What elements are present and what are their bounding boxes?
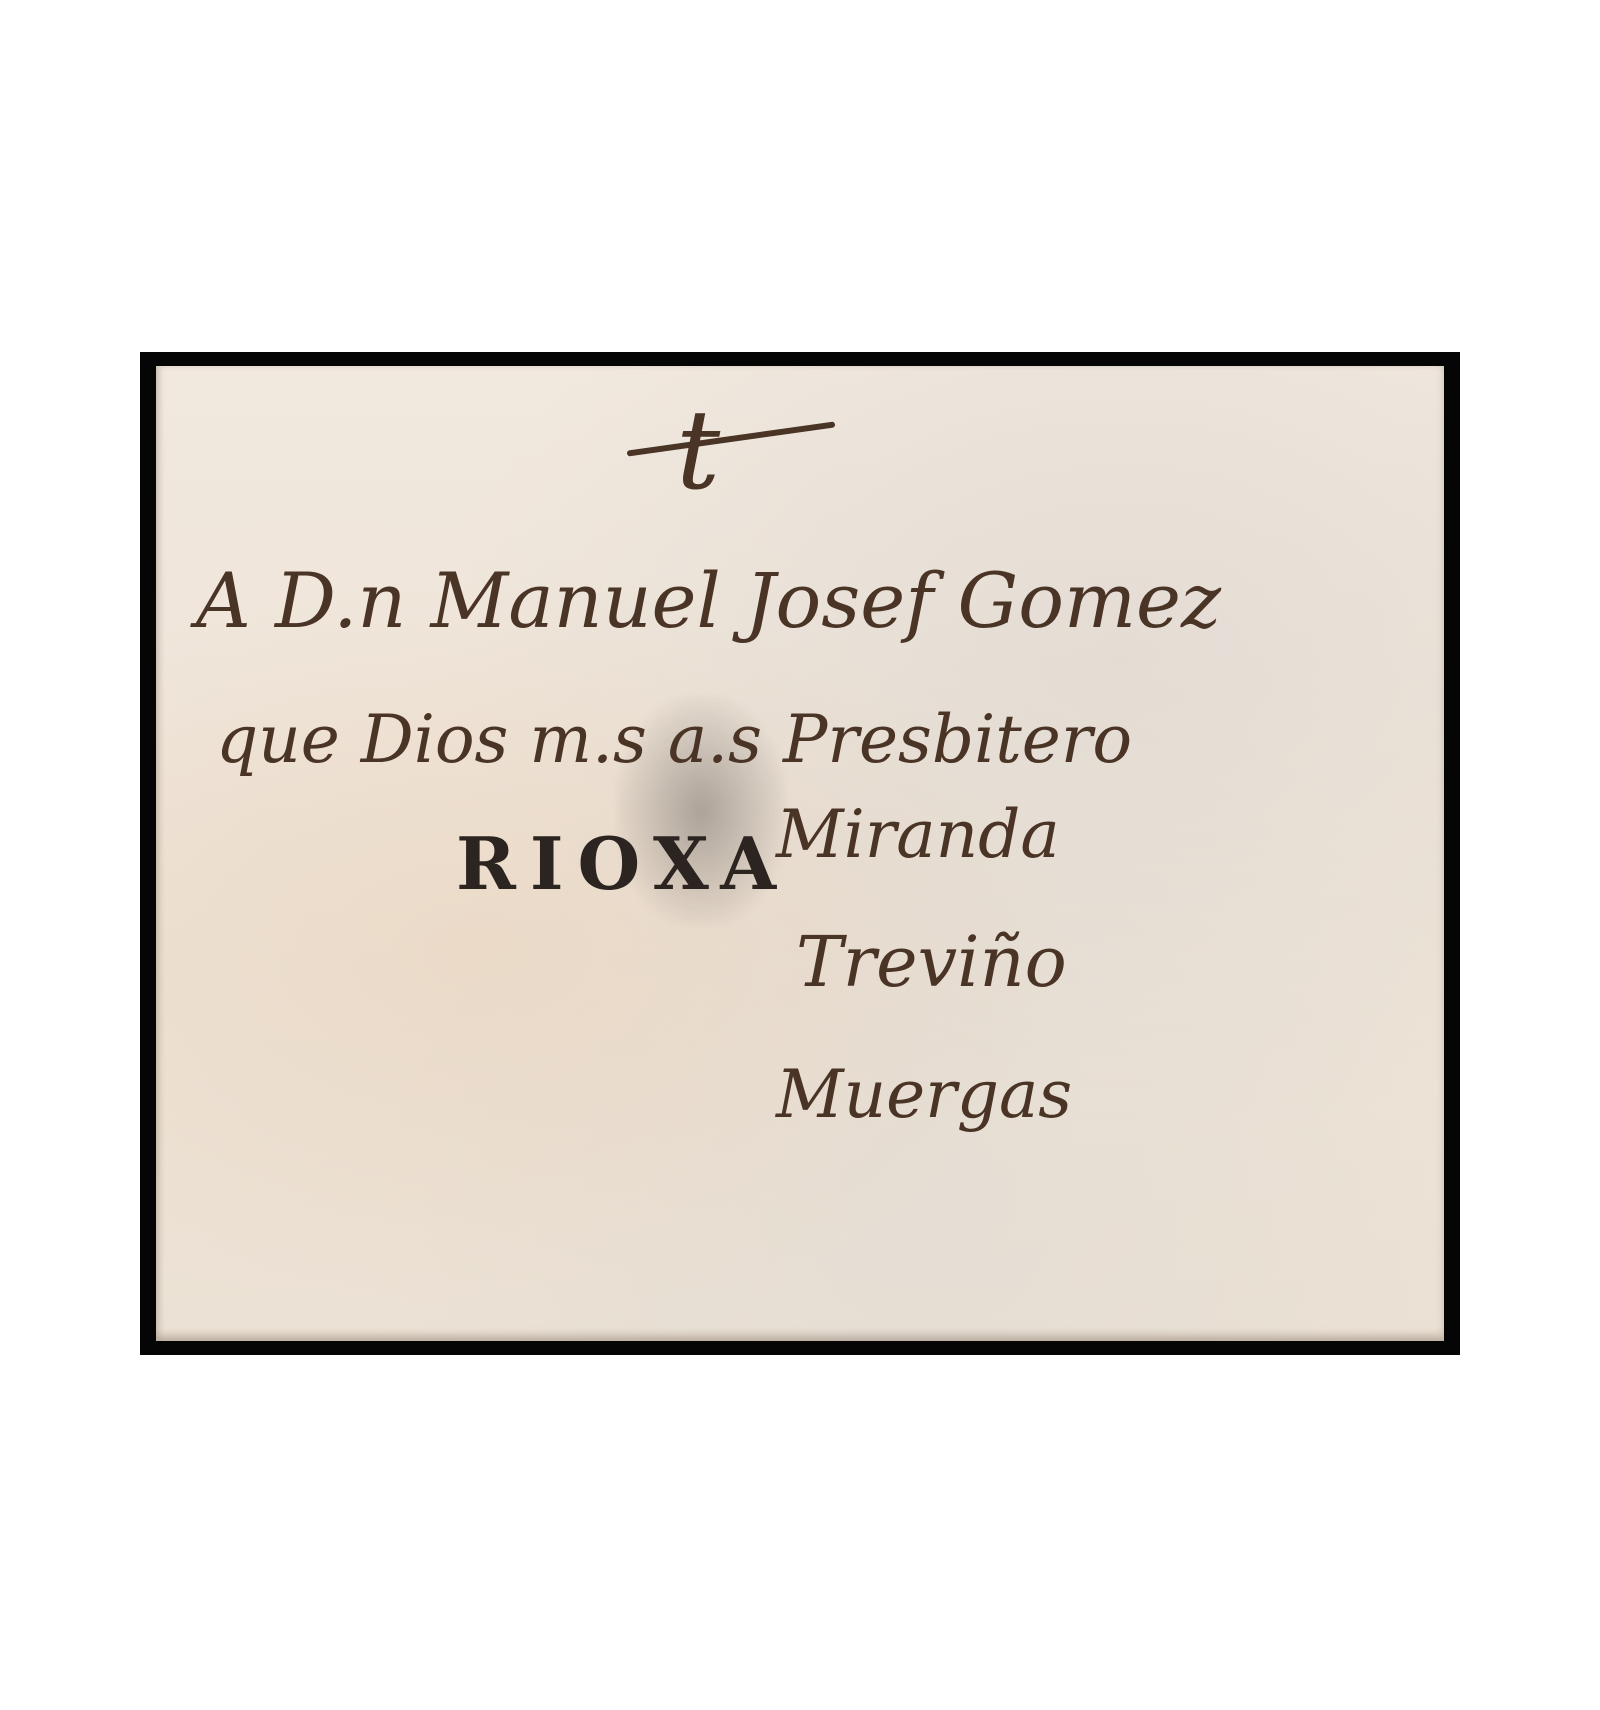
- address-line-3: Miranda: [776, 796, 1060, 873]
- address-line-2: que Dios m.s a.s Presbitero: [216, 701, 1132, 778]
- letter-cover: t A D.n Manuel Josef Gomez que Dios m.s …: [156, 366, 1444, 1341]
- rate-mark: t: [676, 386, 720, 514]
- address-line-4: Treviño: [796, 921, 1067, 1003]
- rate-mark-stroke: [627, 421, 836, 456]
- black-mount-frame: t A D.n Manuel Josef Gomez que Dios m.s …: [140, 352, 1460, 1355]
- postmark-stamp: RIOXA: [456, 821, 790, 906]
- address-line-5: Muergas: [776, 1056, 1072, 1133]
- address-line-1: A D.n Manuel Josef Gomez: [196, 556, 1221, 645]
